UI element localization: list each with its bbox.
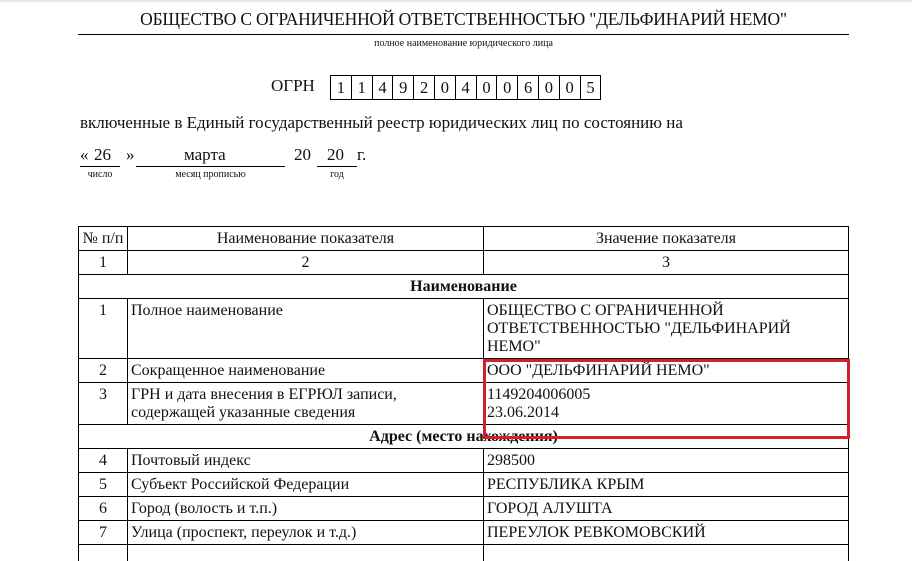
column-header-value: Значение показателя xyxy=(484,227,849,251)
ogrn-digit: 0 xyxy=(539,76,560,99)
row-value: ГОРОД АЛУШТА xyxy=(484,497,849,521)
ogrn-digit: 0 xyxy=(497,76,518,99)
ogrn-digit: 1 xyxy=(331,76,352,99)
ogrn-digit: 0 xyxy=(477,76,498,99)
month-caption: месяц прописью xyxy=(136,169,285,180)
date-year-suffix: г. xyxy=(357,145,366,165)
day-underline xyxy=(80,166,120,167)
row-indicator: Субъект Российской Федерации xyxy=(128,473,484,497)
date-year: 20 xyxy=(327,145,344,165)
row-indicator: ГРН и дата внесения в ЕГРЮЛ записи, соде… xyxy=(128,383,484,425)
section-title-name: Наименование xyxy=(79,275,849,299)
year-caption: год xyxy=(317,169,357,180)
column-header-indicator: Наименование показателя xyxy=(128,227,484,251)
ogrn-digit: 4 xyxy=(456,76,477,99)
table-row: 7 Улица (проспект, переулок и т.д.) ПЕРЕ… xyxy=(79,521,849,545)
row-indicator: Почтовый индекс xyxy=(128,449,484,473)
year-underline xyxy=(317,166,357,167)
registry-extract-table: № п/п Наименование показателя Значение п… xyxy=(78,226,849,561)
ogrn-digit: 0 xyxy=(560,76,581,99)
ogrn-digit: 1 xyxy=(352,76,373,99)
row-number: 4 xyxy=(79,449,128,473)
window-top-edge xyxy=(0,0,912,2)
date-century: 20 xyxy=(294,145,311,165)
row-number: 1 xyxy=(79,299,128,359)
grn-date: 23.06.2014 xyxy=(487,404,845,422)
day-caption: число xyxy=(80,169,120,180)
table-row: 2 Сокращенное наименование ООО "ДЕЛЬФИНА… xyxy=(79,359,849,383)
row-value: ОБЩЕСТВО С ОГРАНИЧЕННОЙ ОТВЕТСТВЕННОСТЬЮ… xyxy=(484,299,849,359)
row-indicator: Город (волость и т.п.) xyxy=(128,497,484,521)
row-value-empty xyxy=(484,545,849,561)
ogrn-digit-boxes: 1 1 4 9 2 0 4 0 0 6 0 0 5 xyxy=(330,75,601,100)
column-header-number: № п/п xyxy=(79,227,128,251)
row-value: РЕСПУБЛИКА КРЫМ xyxy=(484,473,849,497)
row-value: ООО "ДЕЛЬФИНАРИЙ НЕМО" xyxy=(484,359,849,383)
table-row-partial xyxy=(79,545,849,561)
ogrn-label: ОГРН xyxy=(271,76,315,96)
registry-inclusion-text: включенные в Единый государственный реес… xyxy=(80,113,683,133)
ogrn-digit: 6 xyxy=(518,76,539,99)
row-indicator: Улица (проспект, переулок и т.д.) xyxy=(128,521,484,545)
row-indicator: Сокращенное наименование xyxy=(128,359,484,383)
section-header-row: Наименование xyxy=(79,275,849,299)
ogrn-digit: 5 xyxy=(581,76,601,99)
ogrn-digit: 0 xyxy=(435,76,456,99)
org-name-caption: полное наименование юридического лица xyxy=(78,38,849,49)
org-full-name-title: ОБЩЕСТВО С ОГРАНИЧЕННОЙ ОТВЕТСТВЕННОСТЬЮ… xyxy=(78,9,849,30)
ogrn-digit: 2 xyxy=(414,76,435,99)
table-header-row: № п/п Наименование показателя Значение п… xyxy=(79,227,849,251)
row-number: 6 xyxy=(79,497,128,521)
table-row: 3 ГРН и дата внесения в ЕГРЮЛ записи, со… xyxy=(79,383,849,425)
column-number: 2 xyxy=(128,251,484,275)
month-underline xyxy=(136,166,285,167)
column-number: 3 xyxy=(484,251,849,275)
row-value: 1149204006005 23.06.2014 xyxy=(484,383,849,425)
column-number: 1 xyxy=(79,251,128,275)
table-row: 4 Почтовый индекс 298500 xyxy=(79,449,849,473)
date-open-quote: « xyxy=(80,145,89,165)
row-number-empty xyxy=(79,545,128,561)
table-row: 1 Полное наименование ОБЩЕСТВО С ОГРАНИЧ… xyxy=(79,299,849,359)
section-title-address: Адрес (место нахождения) xyxy=(79,425,849,449)
row-indicator-empty xyxy=(128,545,484,561)
row-number: 2 xyxy=(79,359,128,383)
date-day: 26 xyxy=(94,145,111,165)
title-underline xyxy=(78,34,849,35)
row-number: 3 xyxy=(79,383,128,425)
ogrn-digit: 4 xyxy=(373,76,394,99)
row-number: 7 xyxy=(79,521,128,545)
grn-number: 1149204006005 xyxy=(487,386,845,404)
date-month: марта xyxy=(184,145,226,165)
table-row: 5 Субъект Российской Федерации РЕСПУБЛИК… xyxy=(79,473,849,497)
row-value: ПЕРЕУЛОК РЕВКОМОВСКИЙ xyxy=(484,521,849,545)
row-value: 298500 xyxy=(484,449,849,473)
table-row: 6 Город (волость и т.п.) ГОРОД АЛУШТА xyxy=(79,497,849,521)
row-indicator: Полное наименование xyxy=(128,299,484,359)
ogrn-digit: 9 xyxy=(393,76,414,99)
section-header-row: Адрес (место нахождения) xyxy=(79,425,849,449)
row-number: 5 xyxy=(79,473,128,497)
column-number-row: 1 2 3 xyxy=(79,251,849,275)
date-close-quote: » xyxy=(126,145,135,165)
